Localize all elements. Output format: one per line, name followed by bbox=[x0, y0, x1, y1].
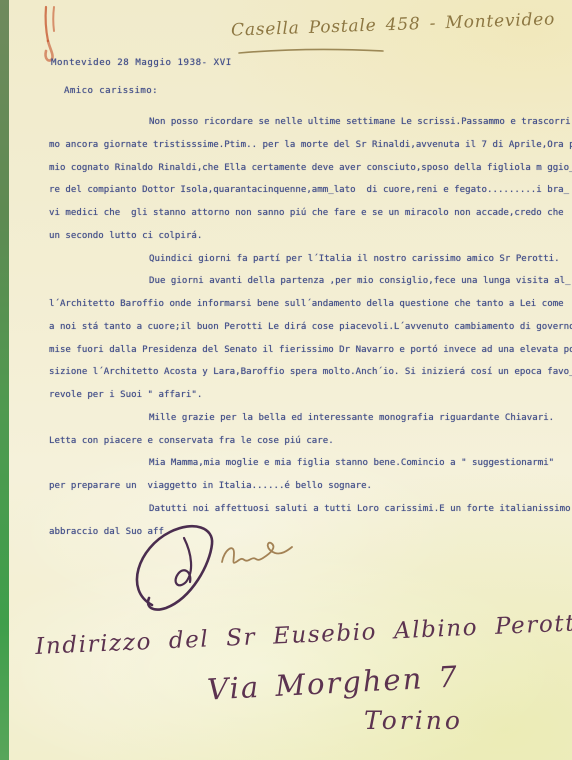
signature-scrawl-icon bbox=[122, 520, 322, 615]
body-line: Mille grazie per la bella ed interessant… bbox=[49, 407, 572, 430]
body-line: sizione l´Architetto Acosta y Lara,Barof… bbox=[49, 361, 572, 384]
postal-box-annotation: Casella Postale 458 - Montevideo bbox=[231, 9, 556, 40]
address-city: Torino bbox=[364, 706, 463, 735]
salutation: Amico carissimo: bbox=[64, 84, 158, 98]
body-line: Quindici giorni fa partí per l´Italia il… bbox=[49, 248, 572, 271]
letter-body: Non posso ricordare se nelle ultime sett… bbox=[49, 111, 572, 544]
body-line: mise fuori dalla Presidenza del Senato i… bbox=[49, 339, 572, 362]
body-line: mio cognato Rinaldo Rinaldi,che Ella cer… bbox=[49, 157, 572, 180]
body-line: re del compianto Dottor Isola,quarantaci… bbox=[49, 179, 572, 202]
body-line: Mia Mamma,mia moglie e mia figlia stanno… bbox=[49, 452, 572, 475]
binding-edge bbox=[0, 0, 9, 760]
dateline: Montevideo 28 Maggio 1938- XVI bbox=[51, 56, 232, 70]
address-street: Via Morghen 7 bbox=[206, 659, 459, 706]
body-line: vi medici che gli stanno attorno non san… bbox=[49, 202, 572, 225]
letter-scan: Casella Postale 458 - Montevideo Montevi… bbox=[0, 0, 572, 760]
body-line: revole per i Suoi " affari". bbox=[49, 384, 572, 407]
letter-paper: Casella Postale 458 - Montevideo Montevi… bbox=[9, 0, 572, 760]
body-line: Datutti noi affettuosi saluti a tutti Lo… bbox=[49, 498, 572, 521]
body-line: un secondo lutto ci colpirá. bbox=[49, 225, 572, 248]
body-line: Due giorni avanti della partenza ,per mi… bbox=[49, 270, 572, 293]
annotation-underline bbox=[237, 46, 385, 56]
address-intro: Indirizzo del Sr Eusebio Albino Perotti bbox=[35, 610, 572, 660]
body-line: Non posso ricordare se nelle ultime sett… bbox=[49, 111, 572, 134]
body-line: mo ancora giornate tristisssime.Ptim.. p… bbox=[49, 134, 572, 157]
body-line: Letta con piacere e conservata fra le co… bbox=[49, 430, 572, 453]
body-line: l´Architetto Baroffio onde informarsi be… bbox=[49, 293, 572, 316]
body-line: per preparare un viaggetto in Italia....… bbox=[49, 475, 572, 498]
body-line: a noi stá tanto a cuore;il buon Perotti … bbox=[49, 316, 572, 339]
